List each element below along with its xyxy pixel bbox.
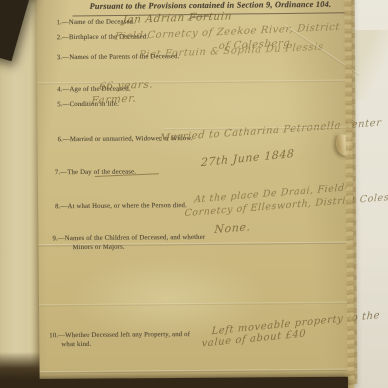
- crease-line: [38, 242, 352, 247]
- field-10-label-line2: what kind.: [61, 341, 91, 348]
- form-header: Pursuant to the Provisions contained in …: [84, 0, 336, 11]
- document-page: Pursuant to the Provisions contained in …: [36, 0, 353, 388]
- field-8-label: 8.—At what House, or where the Person di…: [55, 202, 187, 210]
- field-9-value: None.: [214, 220, 251, 236]
- photo-of-document: Pursuant to the Provisions contained in …: [0, 0, 388, 388]
- field-5-value: Farmer.: [91, 92, 137, 107]
- field-9-label: 9.—Names of the Children of Deceased, an…: [52, 234, 205, 242]
- crease-line: [37, 80, 351, 85]
- field-1-value: Jan Adrian Fortuin: [122, 10, 233, 26]
- field-7-value: 27th June 1848: [201, 147, 295, 169]
- crease-line: [40, 369, 354, 374]
- field-10-label: 10.—Whether Deceased left any Property, …: [49, 331, 190, 339]
- crease-line: [39, 302, 353, 307]
- dark-table-edge-bottom: [0, 377, 348, 388]
